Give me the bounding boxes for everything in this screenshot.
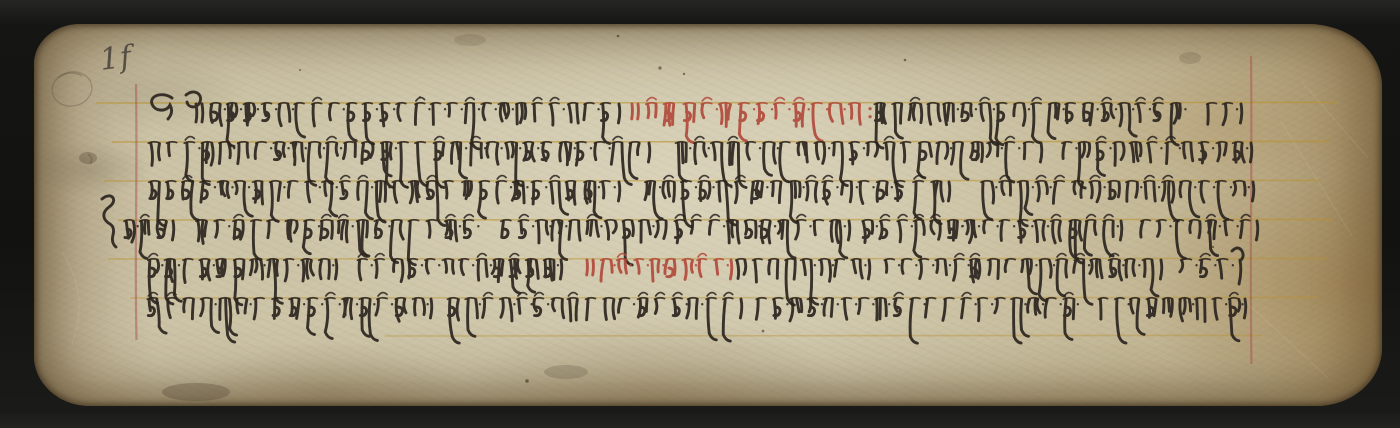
text-line-4-group-4 (862, 215, 1122, 264)
text-line-5-group-5 (884, 254, 1161, 305)
speck (617, 35, 620, 38)
paper-artifacts (49, 34, 1368, 401)
folio-mark: 1f (98, 42, 134, 76)
speck (683, 73, 685, 75)
corner-scribble (58, 73, 92, 164)
speck (299, 69, 301, 71)
rule-line-7 (385, 335, 1262, 336)
speck (762, 330, 765, 333)
text-line-1 (152, 92, 1242, 149)
rule-line-4 (118, 219, 1334, 220)
handwriting-layer (0, 0, 1400, 428)
text-line-4-group-3 (501, 215, 850, 265)
speck (658, 66, 661, 69)
text-line-1-group-2 (632, 98, 872, 143)
speck (904, 59, 907, 62)
corner-doodle (49, 68, 95, 110)
stain-1 (162, 383, 230, 401)
text-line-2-group-1 (148, 137, 649, 188)
margin-line-left (136, 84, 137, 340)
text-line-3-group-3 (981, 176, 1254, 226)
stain-3 (79, 152, 97, 164)
text-line-4-group-1 (102, 196, 174, 259)
stain-5 (454, 34, 486, 46)
text-line-5-group-3 (587, 254, 732, 282)
text-line-1-group-4 (1207, 103, 1242, 125)
text-line-1-group-1 (152, 92, 620, 149)
text-line-4-group-2 (196, 215, 480, 265)
margin-line-right (1251, 56, 1252, 364)
text-line-1-group-3 (874, 98, 1186, 149)
text-line-5 (148, 248, 1243, 305)
stain-2 (544, 365, 588, 379)
rule-line-3 (104, 180, 1322, 181)
stain-4 (1179, 52, 1201, 64)
speck (525, 379, 529, 383)
text-line-4-group-5 (1141, 215, 1258, 259)
speck (1212, 246, 1214, 248)
manuscript-photo: 1f (0, 0, 1400, 428)
text-line-3-group-1 (149, 176, 620, 226)
text-line-6-group-1 (147, 293, 431, 343)
